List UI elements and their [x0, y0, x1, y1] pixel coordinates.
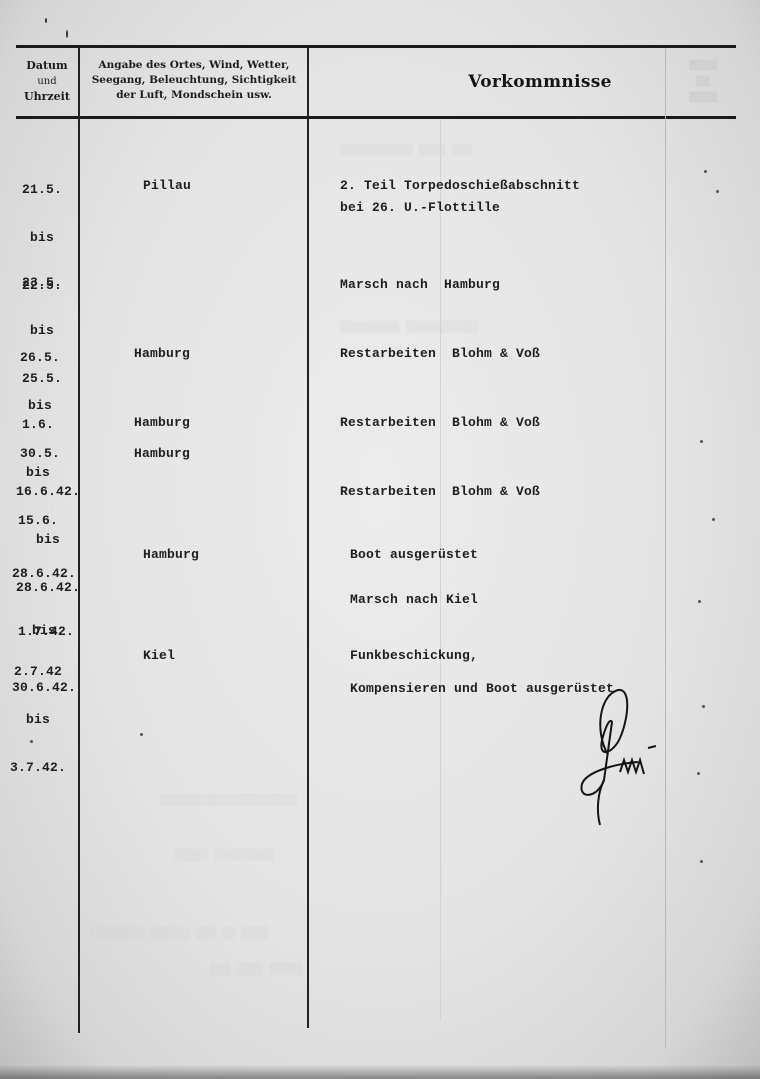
bleed-through-text: ▒▒▒ ▒▒▒▒ ▒▒▒▒▒	[210, 964, 302, 976]
dust-speck	[697, 772, 700, 775]
dust-speck	[702, 705, 705, 708]
entry-1-location: Pillau	[143, 178, 191, 193]
header-location-line-3: der Luft, Mondschein usw.	[116, 89, 272, 101]
bleed-through-text: ▒▒▒▒▒▒▒▒▒▒▒▒▒▒▒▒▒▒▒▒▒	[160, 795, 299, 807]
entry-8-location: Kiel	[143, 648, 175, 663]
dust-speck	[712, 518, 715, 521]
dust-speck	[140, 733, 143, 736]
header-location-line-2: Seegang, Beleuchtung, Sichtigkeit	[92, 74, 297, 86]
entry-7-event-line-1: Marsch nach Kiel	[350, 592, 478, 607]
dust-speck	[30, 740, 33, 743]
column-divider-faint-2	[440, 120, 441, 1020]
bleed-through-text: ▒▒▒▒▒▒▒▒▒ ▒▒▒▒▒▒▒▒▒▒▒	[340, 322, 479, 334]
entry-5-location: Hamburg	[134, 446, 190, 461]
entry-3-event-line-1: Restarbeiten Blohm & Voß	[340, 346, 540, 361]
header-date-line-3: Uhrzeit	[24, 90, 70, 103]
entry-8-event-line-1: Funkbeschickung,	[350, 648, 478, 663]
header-date-line-1: Datum	[26, 59, 67, 72]
bleed-through-header: ▒▒▒▒▒▒▒▒▒▒	[672, 58, 734, 106]
bleed-through-text: ▒▒▒▒▒▒▒▒▒▒▒ ▒▒▒▒ ▒▒▒	[340, 145, 472, 157]
entry-8-date: 2.7.42 bis 3.7.42.	[2, 632, 74, 808]
dust-speck	[45, 18, 47, 23]
dust-speck	[704, 170, 707, 173]
dust-speck	[700, 440, 703, 443]
column-divider-faint	[665, 48, 666, 1048]
dust-speck	[66, 30, 68, 38]
entry-1-event-line-1: 2. Teil Torpedoschießabschnitt	[340, 178, 580, 193]
handwritten-signature	[568, 680, 678, 830]
header-top-rule	[16, 45, 736, 48]
dust-speck	[700, 860, 703, 863]
entry-4-location: Hamburg	[134, 415, 190, 430]
document-page: Datum und Uhrzeit Angabe des Ortes, Wind…	[0, 0, 760, 1079]
header-date: Datum und Uhrzeit	[16, 58, 78, 104]
entry-5-event-line-1: Restarbeiten Blohm & Voß	[340, 484, 540, 499]
bleed-through-text: ▒▒▒▒▒▒▒▒ ▒▒▒▒▒▒ ▒▒▒ ▒▒ ▒▒▒▒	[90, 928, 268, 940]
entry-6-location: Hamburg	[143, 547, 199, 562]
entry-6-event-line-1: Boot ausgerüstet	[350, 547, 478, 562]
bleed-through-text: ▒▒▒▒▒ ▒▒▒▒▒▒▒▒▒	[175, 850, 274, 862]
entry-4-event-line-1: Restarbeiten Blohm & Voß	[340, 415, 540, 430]
header-location: Angabe des Ortes, Wind, Wetter, Seegang,…	[80, 58, 308, 103]
entry-1-event-line-2: bei 26. U.-Flottille	[340, 200, 500, 215]
header-events: Vorkommnisse	[420, 72, 660, 92]
entry-3-location: Hamburg	[134, 346, 190, 361]
entry-2-event-line-1: Marsch nach Hamburg	[340, 277, 500, 292]
dust-speck	[716, 190, 719, 193]
header-bottom-rule	[16, 116, 736, 119]
header-date-line-2: und	[37, 76, 56, 87]
column-divider-location	[307, 48, 309, 1028]
header-location-line-1: Angabe des Ortes, Wind, Wetter,	[99, 59, 290, 71]
dust-speck	[698, 600, 701, 603]
